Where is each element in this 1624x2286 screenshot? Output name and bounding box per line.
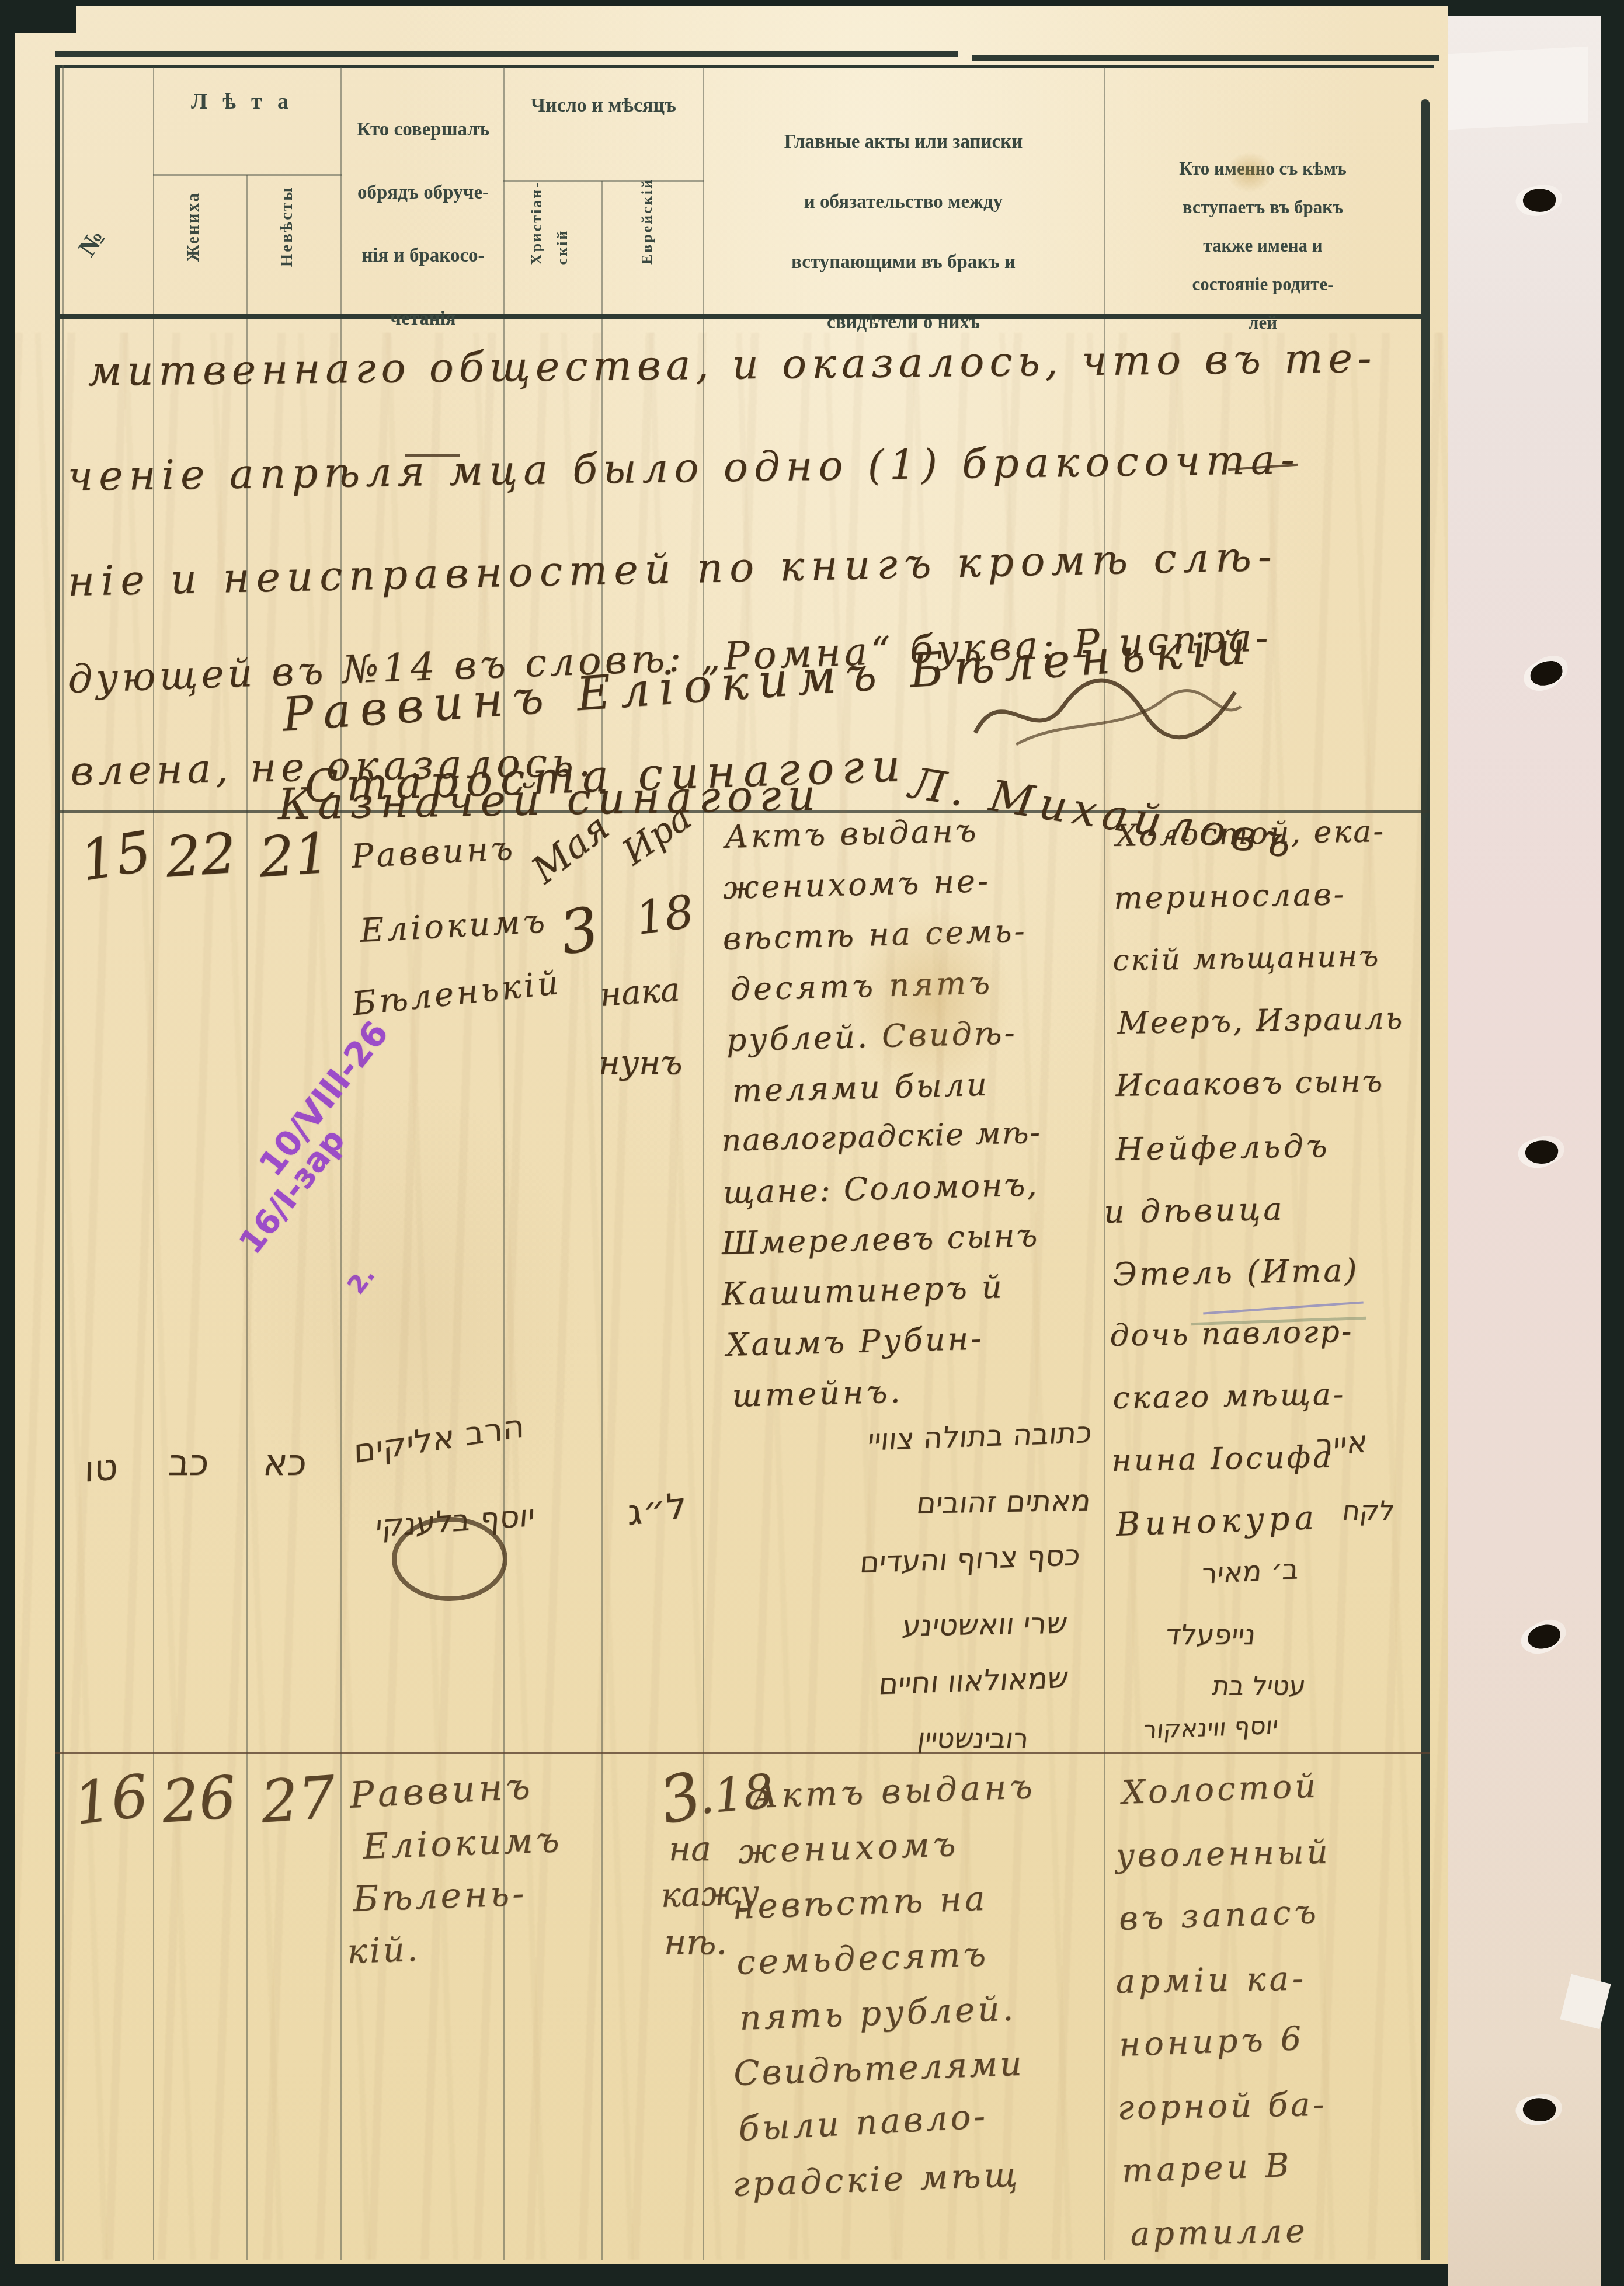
row15-act-line: Кашитинеръ й	[721, 1268, 1004, 1313]
header-officiant-line: нія и бракосо-	[349, 224, 498, 287]
left-border-inner	[62, 65, 64, 2261]
row15-parties-line: Этель (Ита)	[1112, 1252, 1359, 1293]
row15-officiant-line: Раввинъ	[350, 829, 517, 876]
row15-act-line: рублей. Свидѣ-	[726, 1014, 1017, 1059]
hebrew-officiant-line: הרב אליקים	[353, 1407, 525, 1471]
row16-parties-line: арміи ка-	[1115, 1960, 1307, 2001]
hebrew-parties-line: עטיל בת	[1211, 1671, 1307, 1701]
colline-acts-right	[1104, 67, 1105, 2260]
header-officiant-line: обрядъ обруче-	[349, 161, 498, 224]
row16-number: 16	[70, 1761, 152, 1838]
header-date-jewish: Еврейскій	[638, 178, 656, 265]
row15-act-line: щане: Соломонъ,	[722, 1166, 1039, 1211]
row16-officiant-line: Бѣлень-	[352, 1873, 527, 1920]
row16-bride-age: 27	[259, 1763, 338, 1836]
colline-officiant-right	[503, 67, 505, 2260]
punch-hole	[1528, 659, 1564, 687]
row15-act-line: вѣстѣ на семь-	[722, 912, 1027, 957]
hebrew-parties-line: ב׳ מאיר	[1200, 1553, 1300, 1591]
scan-corner-shadow	[15, 6, 76, 33]
row16-act-line: невѣстѣ на	[732, 1878, 988, 1927]
hebrew-parties-line: אייר	[1315, 1424, 1368, 1463]
punch-hole	[1521, 2095, 1557, 2124]
row16-act-line: были павло-	[738, 2096, 989, 2149]
row16-parties-line: въ запасъ	[1118, 1893, 1320, 1938]
tape-patch-bottom	[1560, 1974, 1611, 2030]
register-page: № Лѣта Жениха Невѣсты Кто совершалъ обря…	[15, 6, 1448, 2264]
tape-patch-top	[1448, 47, 1588, 130]
row15-number: 15	[76, 819, 156, 894]
row15-act-line: Шмерелевъ сынъ	[721, 1217, 1039, 1262]
row15-jewish-extra: нака	[599, 970, 681, 1014]
header-years-groom: Жениха	[184, 192, 203, 262]
row15-officiant-line: Еліокимъ	[359, 902, 548, 950]
row16-jewish-line: нѣ.	[664, 1922, 727, 1962]
row15-parties-line: Холостой, ека-	[1115, 814, 1385, 854]
top-border-segment-left	[55, 51, 958, 57]
hebrew-groom-age: כב	[166, 1441, 211, 1484]
hebrew-parties-line: יוסף ווינאקור	[1142, 1711, 1280, 1744]
row16-act-line: женихомъ	[738, 1824, 959, 1871]
hebrew-flourish-loop	[382, 1509, 517, 1606]
row15-jewish-extra: нунъ	[599, 1044, 683, 1082]
row15-bride-age: 21	[257, 822, 332, 890]
row15-parties-line: Исааковъ сынъ	[1115, 1064, 1385, 1104]
row16-act-line: пять рублей.	[739, 1988, 1017, 2038]
hebrew-act-line: שרי וואשטינע	[682, 1606, 1070, 1647]
hebrew-act-line: מאתים זהובים	[705, 1484, 1093, 1524]
row16-act-line: Актъ выданъ	[752, 1766, 1037, 1816]
years-underline	[153, 174, 342, 176]
row15-act-line: телями были	[732, 1066, 990, 1109]
row15-parties-line: Нейфельдъ	[1115, 1128, 1330, 1168]
row16-groom-age: 26	[159, 1763, 238, 1836]
header-officiant-line: Кто совершалъ	[349, 98, 498, 161]
punch-hole	[1524, 1139, 1559, 1165]
row15-act-line: Актъ выданъ	[724, 812, 979, 855]
header-parties: Кто именно съ кѣмъ вступаетъ въ бракъ та…	[1110, 149, 1416, 342]
row15-parties-line: и дѣвица	[1104, 1191, 1285, 1230]
header-acts: Главные акты или записки и обязательство…	[711, 112, 1096, 353]
hebrew-act-line: רובינשטיין	[676, 1723, 1031, 1754]
prelude-line: митвеннаго общества, и оказалось, что въ…	[88, 334, 1377, 395]
row15-act-line: штейнъ.	[732, 1373, 903, 1414]
row15-christian-day: 3	[555, 894, 604, 969]
colline-number	[153, 67, 154, 2260]
row16-parties-line: тареи В	[1121, 2146, 1293, 2190]
header-acts-line: Главные акты или записки	[711, 112, 1096, 172]
row16-act-line: Свидѣтелями	[733, 2044, 1025, 2093]
top-border-inner	[55, 65, 1434, 68]
row16-act-line: градскіе мѣщ	[732, 2155, 1021, 2204]
row16-officiant-line: кій.	[346, 1929, 420, 1971]
row15-parties-line: теринослав-	[1114, 877, 1346, 916]
header-date-christian: Христіан- скій	[524, 181, 575, 265]
top-border-segment-right	[972, 55, 1439, 61]
row15-act-line: Хаимъ Рубин-	[726, 1320, 984, 1363]
row15-parties-line: скій мѣщанинъ	[1112, 939, 1380, 977]
row16-parties-line: Холостой	[1121, 1767, 1319, 1812]
row15-act-line: женихомъ не-	[722, 862, 991, 906]
header-years-bride: Невѣсты	[277, 186, 297, 267]
hebrew-parties-line: לקח	[1340, 1495, 1396, 1526]
hebrew-date: ל״ג	[627, 1484, 687, 1534]
header-parties-line: также имена и	[1110, 227, 1416, 265]
hebrew-bride-age: כא	[261, 1441, 309, 1484]
row16-parties-line: артилле	[1130, 2212, 1309, 2253]
header-years-label: Лѣта	[153, 89, 342, 114]
hebrew-act-line: שמאולאוו וחיים	[683, 1661, 1070, 1708]
hebrew-parties-line: נייפעלד	[1163, 1619, 1258, 1651]
prelude-line: ченіе апрѣля мца было одно (1) бракосочт…	[67, 436, 1301, 500]
hebrew-act-line: כתובה בתולה צוויי	[706, 1415, 1094, 1463]
header-parties-line: Кто именно съ кѣмъ	[1110, 149, 1416, 188]
row15-groom-age: 22	[164, 822, 238, 890]
left-border-outer	[55, 65, 60, 2261]
header-acts-line: вступающими въ бракъ и	[711, 232, 1096, 293]
header-acts-line: и обязательство между	[711, 172, 1096, 232]
header-number: №	[72, 224, 112, 262]
punch-hole	[1521, 186, 1557, 214]
row15-officiant-line: Бѣленькій	[350, 963, 563, 1023]
row15-parties-line: Мееръ, Израиль	[1117, 1001, 1404, 1041]
row15-act-line: павлоградскіе мѣ-	[721, 1115, 1042, 1158]
row16-officiant-line: Еліокимъ	[362, 1819, 563, 1867]
hebrew-act-line: כסף צרוף והעדים	[694, 1538, 1082, 1585]
row15-jewish-day: 18	[632, 885, 697, 945]
header-officiant: Кто совершалъ обрядъ обруче- нія и брако…	[349, 98, 498, 350]
row15-parties-line: нина Іосифа	[1111, 1439, 1334, 1478]
row16-parties-line: горной ба-	[1117, 2086, 1327, 2127]
row15-parties-line: Винокура	[1115, 1499, 1319, 1544]
colline-years-right	[340, 67, 342, 2260]
hebrew-number: טו	[84, 1445, 119, 1491]
row16-act-line: семьдесятъ	[736, 1934, 989, 1982]
correction-underline-blue	[1203, 1301, 1364, 1314]
row16-parties-line: уволенный	[1115, 1833, 1331, 1875]
row15-act-line: десятъ пятъ	[730, 964, 993, 1008]
header-officiant-line: четанія	[349, 287, 498, 350]
row15-parties-line: скаго мѣща-	[1112, 1377, 1346, 1416]
archival-note-line3: 2.	[342, 1261, 380, 1299]
header-parties-line: вступаетъ въ бракъ	[1110, 188, 1416, 227]
header-date-label: Число и мѣсяцъ	[503, 95, 704, 117]
right-border	[1421, 99, 1430, 2260]
row16-officiant-line: Раввинъ	[349, 1765, 534, 1817]
binding-strip	[1448, 16, 1601, 2286]
signature-flourish	[966, 660, 1247, 765]
punch-hole	[1526, 1623, 1562, 1650]
macron-mark	[405, 454, 460, 457]
row16-parties-line: нониръ 6	[1118, 2020, 1305, 2064]
row16-jewish-line: на	[669, 1829, 711, 1869]
prelude-line: ніе и неисправностей по книгъ кромѣ слѣ-	[67, 533, 1278, 606]
header-parties-line: состояніе родите-	[1110, 265, 1416, 304]
